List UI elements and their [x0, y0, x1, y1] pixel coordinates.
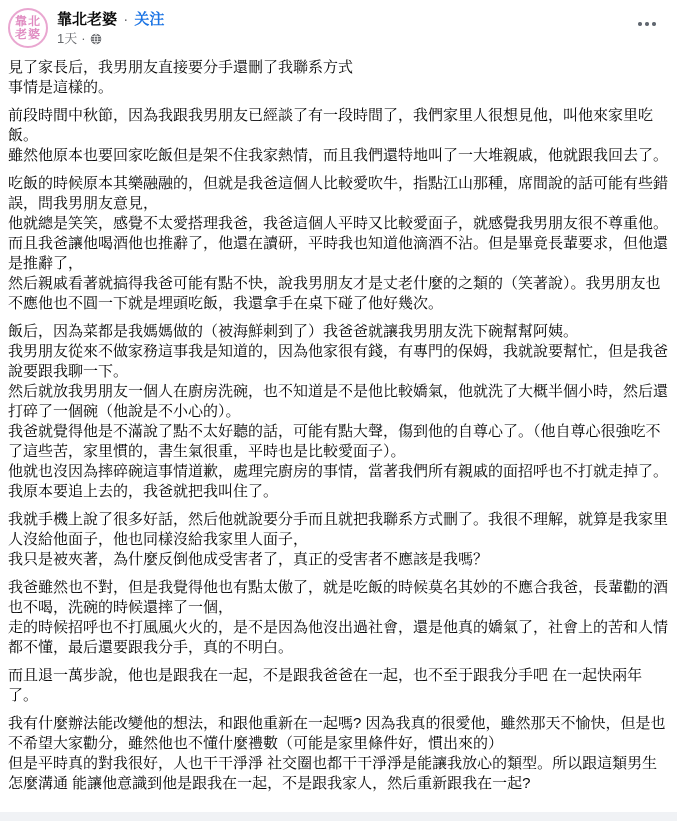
post-paragraph: 我就手機上說了很多好話，然后他就說要分手而且就把我聯系方式刪了。我很不理解，就算…	[8, 510, 669, 570]
post-header: 靠北 老婆 靠北老婆 · 关注 1天 ·	[0, 0, 677, 48]
avatar-seal-line1: 靠北	[15, 15, 41, 27]
post-line: 我男朋友從來不做家務這事我是知道的，因為他家很有錢，有專門的保姆，我就說要幫忙，…	[8, 342, 669, 382]
post-line: 他就也沒因為摔碎碗這事情道歉，處理完廚房的事情，當著我們所有親戚的面招呼也不打就…	[8, 462, 669, 502]
post-paragraph: 見了家長后，我男朋友直接要分手還刪了我聯系方式事情是這樣的。	[8, 58, 669, 98]
follow-link[interactable]: 关注	[134, 11, 164, 28]
timestamp[interactable]: 1天	[57, 30, 77, 47]
header-text: 靠北老婆 · 关注 1天 ·	[57, 8, 669, 47]
post-line: 前段時間中秋節，因為我跟我男朋友已經談了有一段時間了，我們家里人很想見他，叫他來…	[8, 106, 669, 146]
post-paragraph: 而且退一萬步說，他也是跟我在一起，不是跟我爸爸在一起，也不至于跟我分手吧 在一起…	[8, 666, 669, 706]
post-line: 我只是被夾著，為什麼反倒他成受害者了，真正的受害者不應該是我嗎？	[8, 550, 669, 570]
post-paragraph: 飯后，因為菜都是我媽媽做的（被海鮮刺到了）我爸爸就讓我男朋友洗下碗幫幫阿姨。我男…	[8, 322, 669, 502]
post-line: 事情是這樣的。	[8, 78, 669, 98]
ellipsis-dot	[638, 22, 642, 26]
post-line: 吃飯的時候原本其樂融融的，但就是我爸這個人比較愛吹牛，指點江山那種，席間說的話可…	[8, 174, 669, 214]
ellipsis-dot	[645, 22, 649, 26]
post-line: 見了家長后，我男朋友直接要分手還刪了我聯系方式	[8, 58, 669, 78]
name-separator: ·	[123, 11, 128, 28]
more-options-button[interactable]	[635, 16, 659, 32]
avatar-seal-line2: 老婆	[15, 28, 41, 40]
post-paragraph: 前段時間中秋節，因為我跟我男朋友已經談了有一段時間了，我們家里人很想見他，叫他來…	[8, 106, 669, 166]
post-line: 而且退一萬步說，他也是跟我在一起，不是跟我爸爸在一起，也不至于跟我分手吧 在一起…	[8, 666, 669, 706]
name-row: 靠北老婆 · 关注	[57, 8, 669, 29]
facebook-post: 靠北 老婆 靠北老婆 · 关注 1天 · 見了家長后，我男朋友直接要分手還刪了我…	[0, 0, 677, 794]
post-paragraph: 我爸雖然也不對，但是我覺得他也有點太傲了，就是吃飯的時候莫名其妙的不應合我爸，長…	[8, 578, 669, 658]
post-line: 我有什麼辦法能改變他的想法，和跟他重新在一起嗎? 因為我真的很愛他，雖然那天不愉…	[8, 714, 669, 754]
post-line: 我就手機上說了很多好話，然后他就說要分手而且就把我聯系方式刪了。我很不理解，就算…	[8, 510, 669, 550]
ellipsis-dot	[652, 22, 656, 26]
post-line: 我爸就覺得他是不滿說了點不太好聽的話，可能有點大聲，傷到他的自尊心了。（他自尊心…	[8, 422, 669, 462]
post-line: 雖然他原本也要回家吃飯但是架不住我家熱情，而且我們還特地叫了一大堆親戚，他就跟我…	[8, 146, 669, 166]
meta-separator: ·	[81, 30, 85, 47]
footer-divider	[0, 812, 677, 821]
post-line: 然后就放我男朋友一個人在廚房洗碗，也不知道是不是他比較嬌氣，他就洗了大概半個小時…	[8, 382, 669, 422]
globe-icon	[90, 33, 102, 45]
post-paragraph: 吃飯的時候原本其樂融融的，但就是我爸這個人比較愛吹牛，指點江山那種，席間說的話可…	[8, 174, 669, 314]
post-paragraph: 我有什麼辦法能改變他的想法，和跟他重新在一起嗎? 因為我真的很愛他，雖然那天不愉…	[8, 714, 669, 794]
post-text: 見了家長后，我男朋友直接要分手還刪了我聯系方式事情是這樣的。前段時間中秋節，因為…	[0, 48, 677, 794]
meta-row: 1天 ·	[57, 30, 669, 47]
post-line: 然后親戚看著就搞得我爸可能有點不快，說我男朋友才是丈老什麼的之類的（笑著說）。我…	[8, 274, 669, 314]
post-line: 走的時候招呼也不打風風火火的，是不是因為他沒出過社會，還是他真的嬌氣了，社會上的…	[8, 618, 669, 658]
post-line: 飯后，因為菜都是我媽媽做的（被海鮮刺到了）我爸爸就讓我男朋友洗下碗幫幫阿姨。	[8, 322, 669, 342]
post-line: 我爸雖然也不對，但是我覺得他也有點太傲了，就是吃飯的時候莫名其妙的不應合我爸，長…	[8, 578, 669, 618]
avatar[interactable]: 靠北 老婆	[8, 8, 48, 48]
post-line: 而且我爸讓他喝酒他也推辭了，他還在讀研，平時我也知道他滴酒不沾。但是畢竟長輩要求…	[8, 234, 669, 274]
profile-name[interactable]: 靠北老婆	[57, 11, 117, 28]
post-line: 他就總是笑笑，感覺不太愛搭理我爸，我爸這個人平時又比較愛面子，就感覺我男朋友很不…	[8, 214, 669, 234]
post-line: 但是平時真的對我很好，人也干干淨淨 社交圈也都干干淨淨是能讓我放心的類型。所以跟…	[8, 754, 669, 794]
